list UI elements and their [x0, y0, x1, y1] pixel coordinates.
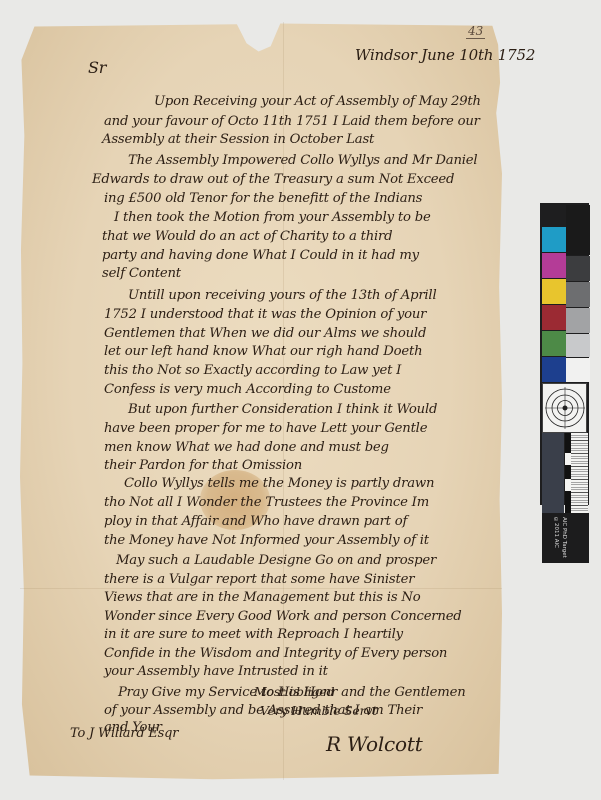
- body-line: tho Not all I Wonder the Trustees the Pr…: [104, 495, 429, 510]
- gray-patch-light: [566, 334, 590, 357]
- focus-target-card: [542, 383, 587, 433]
- body-line: in it are sure to meet with Reproach I h…: [104, 627, 403, 642]
- body-line: But upon further Consideration I think i…: [128, 402, 437, 417]
- body-line: 1752 I understood that it was the Opinio…: [104, 307, 426, 322]
- green-patch: [542, 331, 566, 356]
- gray-patch-mid-dark: [566, 282, 590, 307]
- cyan-patch: [542, 227, 566, 252]
- magenta-patch: [542, 253, 566, 278]
- scale-bar-white: [565, 479, 571, 491]
- body-line: men know What we had done and must beg: [104, 440, 389, 455]
- body-line: I then took the Motion from your Assembl…: [114, 210, 431, 225]
- body-line: May such a Laudable Designe Go on and pr…: [116, 553, 436, 568]
- closing-line: Very Humble Servt: [260, 703, 377, 718]
- body-line: Edwards to draw out of the Treasury a su…: [92, 172, 454, 187]
- body-line: Wonder since Every Good Work and person …: [104, 609, 462, 624]
- page-number: 43: [466, 24, 485, 39]
- gray-patch-dark: [566, 256, 590, 281]
- body-line: party and having done What I Could in it…: [102, 248, 419, 263]
- body-line: Assembly at their Session in October Las…: [102, 132, 374, 147]
- body-line: and your favour of Octo 11th 1751 I Laid…: [104, 114, 480, 129]
- body-line: their Pardon for that Omission: [104, 458, 302, 473]
- body-line: Confide in the Wisdom and Integrity of E…: [104, 646, 447, 661]
- fold-crease-horizontal: [20, 588, 502, 589]
- color-calibration-target: AIC PhD Target ©2011 AIC: [540, 203, 589, 573]
- body-line: ploy in that Affair and Who have drawn p…: [104, 514, 407, 529]
- body-line: there is a Vulgar report that some have …: [104, 572, 414, 587]
- red-patch: [542, 305, 566, 330]
- body-line: Collo Wyllys tells me the Money is partl…: [124, 476, 434, 491]
- concentric-rings-icon: [543, 384, 586, 432]
- body-line: The Assembly Impowered Collo Wyllys and …: [128, 153, 477, 168]
- salutation: Sr: [88, 58, 106, 77]
- target-label-card: AIC PhD Target ©2011 AIC: [542, 513, 589, 563]
- body-line: self Content: [102, 266, 181, 281]
- signature: R Wolcott: [326, 732, 423, 756]
- body-line: this tho Not so Exactly according to Law…: [104, 363, 401, 378]
- yellow-patch: [542, 279, 566, 304]
- body-line: Gentlemen that When we did our Alms we s…: [104, 326, 426, 341]
- blue-patch: [542, 357, 566, 382]
- target-label: AIC PhD Target ©2011 AIC: [552, 517, 568, 558]
- ruler-scale: [571, 433, 588, 513]
- gray-patch-black: [566, 205, 590, 255]
- body-line: ing £500 old Tenor for the benefitt of t…: [104, 191, 422, 206]
- addressee: To J Willard Esqr: [70, 726, 178, 741]
- body-line: Upon Receiving your Act of Assembly of M…: [154, 94, 481, 109]
- dateline: Windsor June 10th 1752: [355, 46, 535, 64]
- body-line: your Assembly have Intrusted in it: [104, 664, 328, 679]
- body-line: let our left hand know What our righ han…: [104, 344, 422, 359]
- body-line: that we Would do an act of Charity to a …: [102, 229, 392, 244]
- body-line: have been proper for me to have Lett you…: [104, 421, 427, 436]
- gray-patch-mid: [566, 308, 590, 333]
- gray-patch-white: [566, 358, 590, 382]
- body-line: the Money have Not Informed your Assembl…: [104, 533, 429, 548]
- body-line: Views that are in the Management but thi…: [104, 590, 420, 605]
- closing-line: Most obliged: [254, 684, 334, 699]
- body-line: Confess is very much According to Custom…: [104, 382, 391, 397]
- scale-bar-white: [565, 453, 571, 465]
- dark-density-strip: [542, 433, 564, 513]
- body-line: Untill upon receiving yours of the 13th …: [128, 288, 436, 303]
